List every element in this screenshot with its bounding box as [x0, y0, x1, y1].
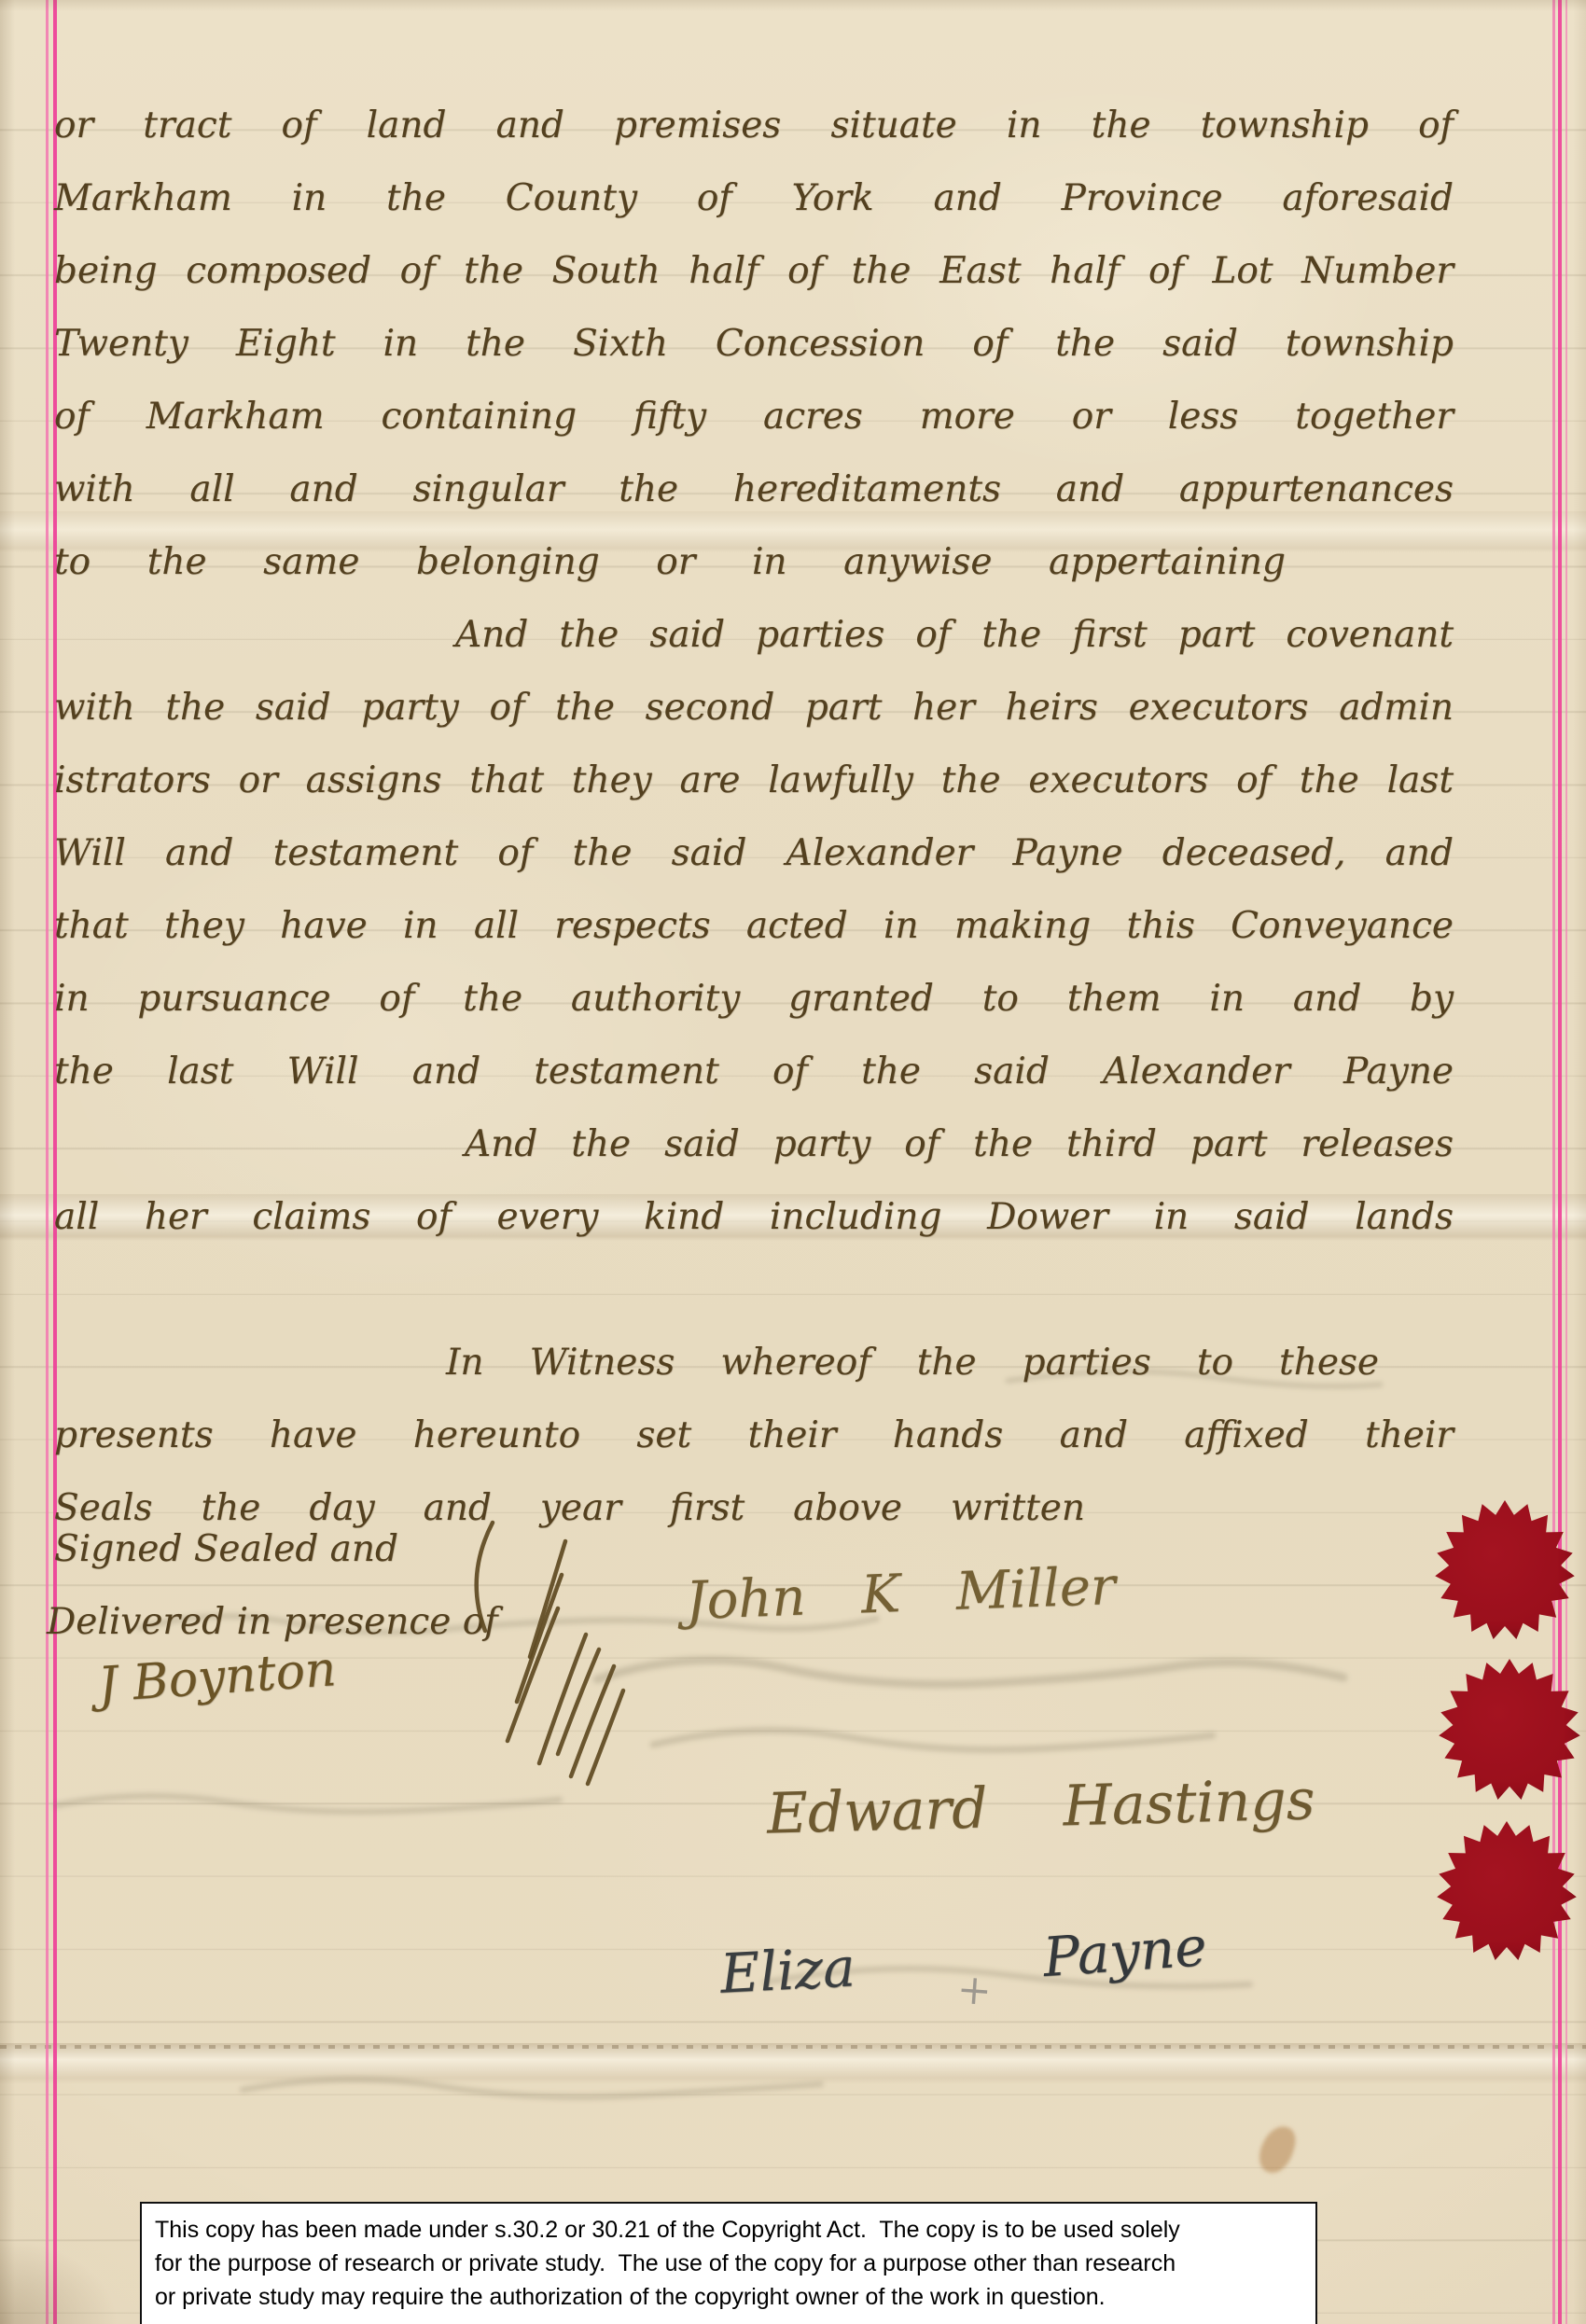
copyright-notice-box: This copy has been made under s.30.2 or … — [140, 2202, 1317, 2324]
scan-edge-shading — [0, 0, 1586, 2324]
copyright-notice-line: for the purpose of research or private s… — [155, 2247, 1302, 2280]
copyright-notice-line: or private study may require the authori… — [155, 2280, 1302, 2314]
copyright-notice-line: This copy has been made under s.30.2 or … — [155, 2213, 1302, 2247]
